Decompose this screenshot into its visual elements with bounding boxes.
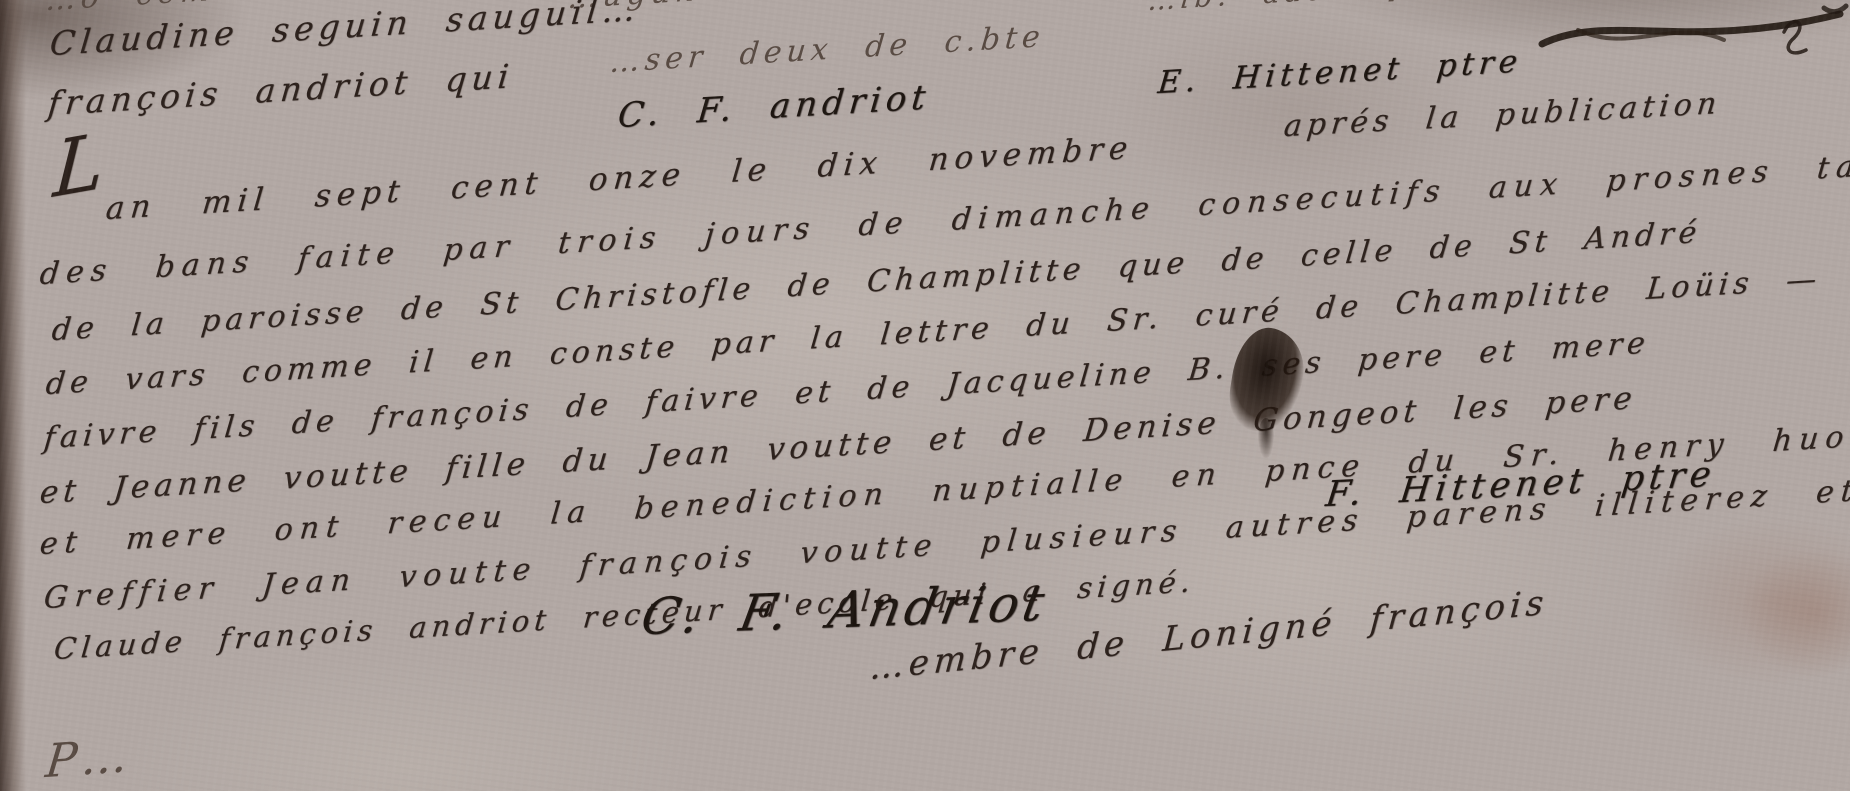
line-francois-andriot: françois andriot qui xyxy=(46,58,515,122)
line-fragment: …ser deux de c.bte xyxy=(608,20,1046,79)
signature-priest-hittenet: E. Hittenet ptre xyxy=(1156,44,1523,100)
cropped-top-line-fragment: …lb. aaös que e… xyxy=(1146,0,1535,17)
cropped-bottom-left-fragment: P… xyxy=(43,730,135,787)
manuscript-page: …o cemb… …ugun bau… …lb. aaös que e… Cla… xyxy=(0,0,1850,791)
ink-blot-smear xyxy=(1258,418,1274,458)
page-binding-edge xyxy=(0,0,26,791)
signature-andriot-inline: C. F. andriot xyxy=(616,79,932,135)
paper-stain xyxy=(1740,548,1850,678)
signature-cf-andriot: C. F. Andriot xyxy=(637,576,1052,646)
line-publication-end: aprés la publication xyxy=(1282,87,1723,143)
decorated-capital-L: L xyxy=(51,117,112,213)
flourish-paraph-icon xyxy=(1538,0,1850,66)
